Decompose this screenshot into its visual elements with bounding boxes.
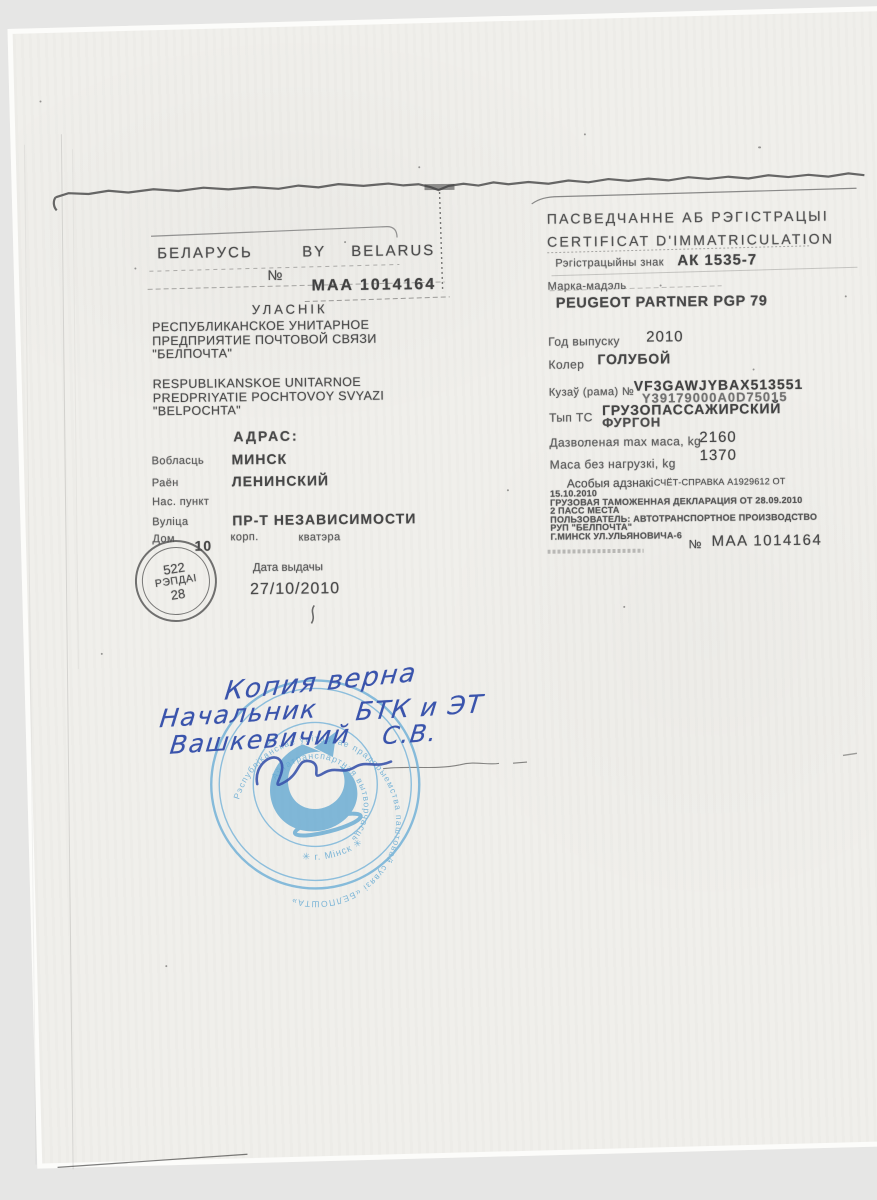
empty-mass-value: 1370 — [699, 447, 737, 464]
empty-mass-label: Маса без нагрузкі, kg — [550, 456, 676, 471]
year-label: Год выпуску — [548, 334, 620, 349]
duplicate-number-value: MAA 1014164 — [711, 532, 822, 550]
svg-text:✳ г. Мінск ✳: ✳ г. Мінск ✳ — [299, 836, 367, 869]
issue-date-label: Дата выдачы — [253, 561, 323, 574]
scanned-certificate-screenshot: { "left": { "country_be": "БЕЛАРУСЬ", "c… — [0, 0, 877, 1200]
field-value-street: ПР-Т НЕЗАВИСИМОСТИ — [232, 510, 416, 528]
document-content: Рэспубліканскае унітарнае прадпрыемства … — [0, 0, 877, 1200]
certificate-number: MAA 1014164 — [312, 276, 437, 295]
color-label: Колер — [548, 357, 584, 371]
reg-plate-value: АК 1535-7 — [677, 251, 757, 269]
owner-heading: УЛАСНІК — [252, 301, 328, 317]
issuing-authority-stamp: 522 РЭПДАІ 28 — [129, 534, 222, 627]
field-label-region: Вобласць — [152, 455, 205, 468]
vehicle-type-label: Тып ТС — [549, 410, 593, 424]
ink-mark — [311, 605, 314, 623]
make-model-value: PEUGEOT PARTNER PGP 79 — [556, 293, 768, 311]
scan-linework: Рэспубліканскае унітарнае прадпрыемства … — [0, 0, 877, 1200]
field-value-region: МИНСК — [231, 451, 287, 468]
handwritten-initials: С.В. — [381, 719, 439, 750]
year-value: 2010 — [646, 328, 684, 345]
owner-name-ru: РЕСПУБЛИКАНСКОЕ УНИТАРНОЕ ПРЕДПРИЯТИЕ ПО… — [152, 319, 377, 362]
issue-date-value: 27/10/2010 — [250, 580, 340, 599]
field-label-apartment: кватэра — [298, 531, 340, 543]
max-mass-value: 2160 — [699, 429, 737, 446]
reg-plate-label: Рэгістрацыйны знак — [555, 256, 664, 269]
vin-label: Кузаў (рама) № — [549, 386, 634, 399]
issuing-stamp-code: 28 — [170, 586, 186, 601]
field-label-street: Вуліца — [152, 516, 188, 528]
special-notes-first: СЧЁТ-СПРАВКА А1929612 ОТ — [654, 476, 786, 487]
vehicle-type-value2: ФУРГОН — [602, 414, 661, 430]
field-value-district: ЛЕНИНСКИЙ — [232, 472, 329, 489]
country-name-be: БЕЛАРУСЬ — [157, 244, 253, 262]
field-label-building: корп. — [230, 531, 258, 543]
max-mass-label: Дазволеная max маса, kg — [549, 434, 701, 450]
country-name-en: BELARUS — [351, 242, 435, 260]
duplicate-number-label: № — [688, 537, 701, 551]
field-label-settlement: Нас. пункт — [152, 496, 209, 509]
org-stamp-bottom-text: ✳ г. Мінск ✳ — [299, 836, 367, 869]
country-code: BY — [302, 243, 326, 260]
make-model-label: Марка-мадэль — [548, 280, 627, 293]
owner-name-translit: RESPUBLIKANSKOE UNITARNOE PREDPRIYATIE P… — [153, 376, 385, 419]
title-belarusian: ПАСВЕДЧАННЕ АБ РЭГІСТРАЦЫІ — [547, 208, 829, 227]
address-heading: АДРАС: — [233, 428, 298, 445]
field-label-district: Раён — [152, 477, 179, 489]
title-french: CERTIFICAT D'IMMATRICULATION — [547, 231, 834, 250]
fold-line — [440, 192, 443, 292]
certificate-number-label: № — [267, 267, 282, 283]
color-value: ГОЛУБОЙ — [597, 350, 671, 367]
